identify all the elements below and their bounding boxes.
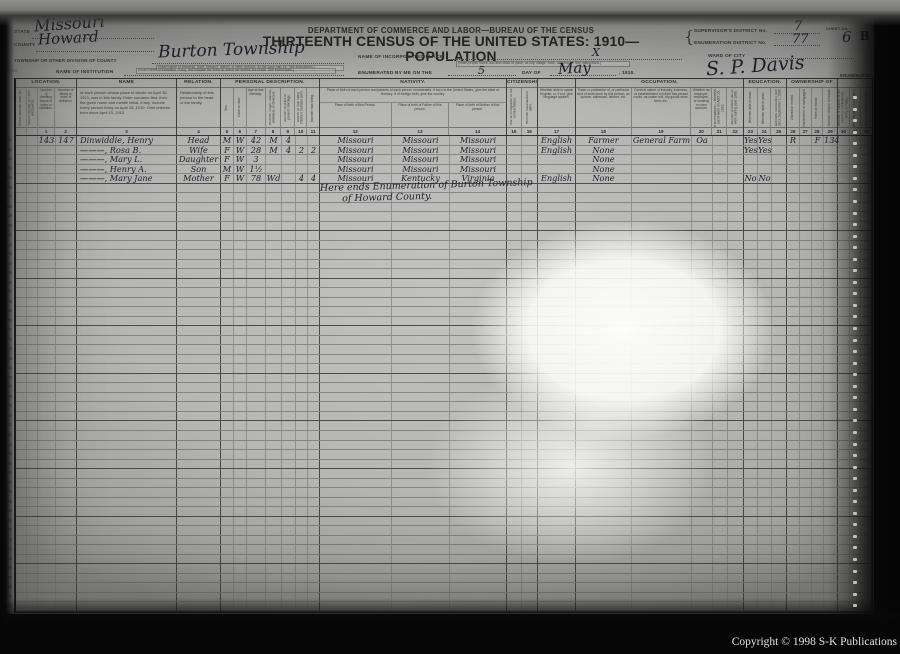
table-cell	[221, 212, 234, 221]
table-cell	[282, 231, 296, 240]
table-cell	[27, 574, 38, 583]
table-row	[16, 355, 872, 365]
table-cell	[758, 421, 772, 430]
table-cell	[221, 536, 234, 545]
table-cell	[282, 517, 296, 526]
table-cell	[392, 450, 450, 459]
table-cell: M	[221, 165, 234, 174]
table-cell	[861, 488, 872, 497]
table-cell	[266, 507, 282, 516]
table-cell	[507, 441, 522, 450]
table-cell	[38, 555, 56, 564]
line-number: 84	[5, 449, 13, 459]
column-label: Whether a survivor of the Union or Confe…	[838, 88, 849, 127]
table-cell	[266, 393, 282, 402]
line-number: 80	[5, 411, 13, 421]
table-cell	[538, 184, 576, 193]
table-cell	[824, 222, 838, 231]
table-cell	[221, 203, 234, 212]
table-row	[16, 402, 872, 412]
table-cell	[266, 250, 282, 259]
table-cell	[861, 460, 872, 469]
column-header: Farm or house.28	[812, 88, 824, 135]
table-cell	[320, 412, 392, 421]
table-cell	[838, 383, 850, 392]
column-number: 8	[266, 127, 281, 135]
table-cell	[576, 260, 632, 269]
table-cell	[787, 307, 800, 316]
incorporated-label: NAME OF INCORPORATED PLACE	[358, 55, 443, 60]
table-cell	[576, 345, 632, 354]
table-cell	[27, 279, 38, 288]
table-cell	[787, 345, 800, 354]
table-cell	[77, 421, 177, 430]
table-cell	[27, 231, 38, 240]
table-cell	[692, 222, 713, 231]
table-cell	[758, 269, 772, 278]
table-cell	[576, 193, 632, 202]
table-cell	[800, 317, 812, 326]
table-cell	[282, 260, 296, 269]
table-cell	[320, 355, 392, 364]
table-cell	[56, 288, 77, 297]
table-cell	[538, 498, 576, 507]
table-cell	[247, 193, 266, 202]
table-cell	[850, 364, 861, 373]
table-cell	[282, 498, 296, 507]
table-cell	[838, 146, 850, 155]
table-cell	[522, 212, 538, 221]
table-cell	[713, 412, 728, 421]
column-header: Sex.5	[221, 88, 234, 135]
table-cell	[538, 326, 576, 335]
table-cell	[787, 317, 800, 326]
table-cell: Missouri	[320, 146, 392, 155]
table-row	[16, 241, 872, 251]
table-cell	[221, 545, 234, 554]
column-group: EDUCATION.Whether able to read.23Whether…	[744, 79, 787, 135]
column-label: Trade or profession of, or particular ki…	[576, 88, 631, 127]
table-cell	[800, 402, 812, 411]
table-cell	[266, 345, 282, 354]
table-cell	[576, 479, 632, 488]
table-cell	[787, 574, 800, 583]
table-cell	[838, 460, 850, 469]
census-table: 5152535455565758596061626364656667686970…	[14, 78, 870, 611]
table-cell	[800, 574, 812, 583]
table-cell	[56, 393, 77, 402]
table-cell	[56, 326, 77, 335]
table-cell	[538, 364, 576, 373]
table-cell	[772, 288, 787, 297]
line-number: 82	[5, 430, 13, 440]
table-cell	[632, 441, 692, 450]
table-cell	[308, 364, 320, 373]
table-cell	[522, 421, 538, 430]
table-cell	[713, 193, 728, 202]
table-cell	[632, 507, 692, 516]
table-cell	[692, 602, 713, 611]
table-cell	[838, 212, 850, 221]
table-cell	[266, 536, 282, 545]
column-header: Whether able to write.24	[758, 88, 772, 135]
table-cell	[728, 184, 744, 193]
table-row	[16, 326, 872, 336]
column-label: General nature of industry, business, or…	[632, 88, 691, 127]
table-cell	[266, 555, 282, 564]
table-cell	[713, 374, 728, 383]
table-cell	[522, 517, 538, 526]
table-cell	[772, 355, 787, 364]
table-cell	[728, 402, 744, 411]
table-cell	[538, 545, 576, 554]
table-cell	[861, 222, 872, 231]
table-cell	[824, 260, 838, 269]
table-cell	[812, 146, 824, 155]
table-cell	[27, 545, 38, 554]
table-cell	[824, 155, 838, 164]
table-cell	[282, 212, 296, 221]
table-cell	[507, 536, 522, 545]
edge-dot	[853, 408, 857, 411]
table-cell	[632, 574, 692, 583]
table-cell	[177, 184, 221, 193]
column-number: 26	[787, 127, 799, 135]
table-cell	[507, 231, 522, 240]
table-cell	[247, 412, 266, 421]
table-cell	[838, 393, 850, 402]
table-cell	[744, 203, 758, 212]
table-cell	[296, 412, 308, 421]
table-cell	[728, 203, 744, 212]
edge-dot	[853, 454, 857, 457]
table-cell	[27, 402, 38, 411]
table-cell: Son	[177, 165, 221, 174]
table-cell	[282, 155, 296, 164]
table-cell	[56, 469, 77, 478]
table-cell	[800, 536, 812, 545]
table-cell	[234, 279, 247, 288]
column-header: Place of birth of Mother of this person.…	[449, 103, 506, 135]
table-cell	[177, 460, 221, 469]
table-cell	[772, 174, 787, 183]
table-cell	[296, 383, 308, 392]
table-cell	[758, 222, 772, 231]
table-cell	[450, 469, 507, 478]
line-number: 76	[5, 373, 13, 383]
table-cell	[744, 555, 758, 564]
table-cell	[538, 450, 576, 459]
column-number: 30	[838, 127, 849, 135]
table-cell	[838, 574, 850, 583]
table-cell	[522, 479, 538, 488]
table-cell	[221, 364, 234, 373]
table-cell	[576, 317, 632, 326]
table-cell	[576, 574, 632, 583]
table-cell	[56, 545, 77, 554]
table-cell	[247, 574, 266, 583]
table-cell	[56, 345, 77, 354]
table-cell	[221, 460, 234, 469]
table-cell	[282, 545, 296, 554]
table-cell	[392, 336, 450, 345]
table-cell	[296, 355, 308, 364]
table-cell	[772, 593, 787, 602]
table-cell	[838, 402, 850, 411]
table-cell	[713, 555, 728, 564]
table-cell	[692, 393, 713, 402]
table-cell	[177, 336, 221, 345]
table-cell	[27, 526, 38, 535]
table-row	[16, 574, 872, 584]
table-cell: W	[234, 136, 247, 145]
table-cell	[177, 317, 221, 326]
table-cell	[450, 383, 507, 392]
table-cell: Wife	[177, 146, 221, 155]
table-cell	[234, 469, 247, 478]
table-cell	[692, 317, 713, 326]
table-cell	[308, 336, 320, 345]
table-cell	[234, 421, 247, 430]
table-cell	[296, 203, 308, 212]
table-cell: Missouri	[450, 146, 507, 155]
table-cell	[772, 241, 787, 250]
table-cell	[320, 593, 392, 602]
table-cell	[16, 146, 27, 155]
edge-dot	[853, 362, 857, 365]
table-cell	[861, 479, 872, 488]
table-cell	[77, 479, 177, 488]
table-cell	[713, 545, 728, 554]
table-cell	[758, 583, 772, 592]
table-cell	[38, 431, 56, 440]
column-number: 12	[320, 127, 391, 135]
table-cell	[632, 184, 692, 193]
table-cell	[320, 269, 392, 278]
table-cell	[38, 545, 56, 554]
table-cell: No	[744, 174, 758, 183]
table-cell	[56, 593, 77, 602]
table-cell	[787, 593, 800, 602]
table-cell	[632, 488, 692, 497]
table-cell	[744, 507, 758, 516]
column-group-label: RELATION.	[177, 79, 220, 88]
table-row	[16, 250, 872, 260]
table-cell	[266, 431, 282, 440]
table-cell	[266, 593, 282, 602]
table-cell	[247, 507, 266, 516]
line-number: 53	[5, 154, 13, 164]
table-cell	[77, 231, 177, 240]
table-cell	[772, 374, 787, 383]
edge-dot	[853, 235, 857, 238]
table-cell	[728, 298, 744, 307]
table-cell	[234, 345, 247, 354]
edge-dot	[853, 466, 857, 469]
column-group: CITIZENSHIP.Year of immigration to the U…	[507, 79, 538, 135]
table-cell	[247, 279, 266, 288]
table-cell	[282, 507, 296, 516]
table-cell	[632, 536, 692, 545]
table-cell	[861, 393, 872, 402]
table-cell	[744, 402, 758, 411]
table-cell	[450, 441, 507, 450]
table-cell	[692, 498, 713, 507]
table-cell	[787, 421, 800, 430]
table-cell	[177, 241, 221, 250]
table-cell	[812, 364, 824, 373]
column-header: Year of immigration to the United States…	[507, 88, 522, 135]
table-cell	[221, 517, 234, 526]
table-cell	[800, 383, 812, 392]
table-cell	[758, 260, 772, 269]
table-cell	[177, 421, 221, 430]
table-cell	[824, 146, 838, 155]
table-cell	[234, 193, 247, 202]
table-cell	[861, 602, 872, 611]
table-cell	[392, 241, 450, 250]
table-cell	[56, 479, 77, 488]
table-cell	[27, 136, 38, 145]
table-cell	[56, 298, 77, 307]
table-cell	[812, 336, 824, 345]
table-cell	[221, 402, 234, 411]
table-cell	[27, 498, 38, 507]
table-cell	[713, 393, 728, 402]
table-cell	[16, 441, 27, 450]
table-cell	[576, 212, 632, 221]
table-cell	[507, 269, 522, 278]
table-cell	[824, 203, 838, 212]
table-cell	[728, 574, 744, 583]
table-cell	[177, 212, 221, 221]
table-cell	[538, 260, 576, 269]
table-cell	[538, 460, 576, 469]
table-cell	[308, 555, 320, 564]
table-cell	[538, 393, 576, 402]
table-cell	[450, 498, 507, 507]
table-cell: Yes	[744, 136, 758, 145]
table-cell	[16, 307, 27, 316]
table-cell	[812, 536, 824, 545]
table-cell	[728, 431, 744, 440]
table-cell	[77, 355, 177, 364]
table-cell	[296, 260, 308, 269]
column-number: 16	[522, 127, 537, 135]
table-cell	[772, 412, 787, 421]
table-cell	[861, 307, 872, 316]
table-cell	[824, 526, 838, 535]
table-cell	[507, 574, 522, 583]
table-cell	[744, 431, 758, 440]
table-cell	[632, 450, 692, 459]
table-cell	[282, 279, 296, 288]
table-cell	[282, 593, 296, 602]
table-cell	[282, 460, 296, 469]
table-cell	[27, 307, 38, 316]
table-cell: 147	[56, 136, 77, 145]
table-cell	[234, 602, 247, 611]
table-cell	[221, 564, 234, 573]
table-cell	[234, 222, 247, 231]
table-cell	[758, 355, 772, 364]
table-cell	[728, 507, 744, 516]
table-cell	[16, 526, 27, 535]
column-label: Farm or house.	[815, 88, 819, 127]
table-cell	[728, 479, 744, 488]
table-cell	[632, 212, 692, 221]
table-cell	[77, 307, 177, 316]
table-cell	[221, 574, 234, 583]
column-header: Whether an employer, employee, or workin…	[691, 88, 712, 135]
table-cell	[812, 307, 824, 316]
table-cell	[266, 212, 282, 221]
table-cell	[787, 507, 800, 516]
table-cell	[56, 269, 77, 278]
census-sheet: STATE Missouri COUNTY Howard TOWNSHIP OR…	[6, 13, 874, 614]
table-cell	[713, 421, 728, 430]
table-cell	[758, 460, 772, 469]
column-label: House number (in cities and towns).	[28, 88, 35, 127]
table-cell	[77, 326, 177, 335]
table-cell	[576, 536, 632, 545]
table-cell	[77, 241, 177, 250]
table-cell	[576, 203, 632, 212]
table-cell	[234, 250, 247, 259]
table-cell	[692, 383, 713, 392]
table-cell	[308, 460, 320, 469]
table-cell	[861, 250, 872, 259]
table-cell	[632, 364, 692, 373]
table-row	[16, 526, 872, 536]
table-cell	[538, 517, 576, 526]
table-cell	[713, 326, 728, 335]
table-row	[16, 212, 872, 222]
table-cell	[692, 184, 713, 193]
table-cell: 78	[247, 174, 266, 183]
table-cell	[38, 355, 56, 364]
table-cell	[234, 593, 247, 602]
table-cell	[282, 203, 296, 212]
table-cell	[320, 222, 392, 231]
table-cell	[692, 146, 713, 155]
table-cell	[266, 441, 282, 450]
table-cell	[812, 288, 824, 297]
column-number: 28	[812, 127, 823, 135]
table-cell	[713, 355, 728, 364]
table-cell	[538, 193, 576, 202]
table-cell	[392, 250, 450, 259]
table-cell	[812, 545, 824, 554]
table-cell	[812, 269, 824, 278]
table-cell	[728, 146, 744, 155]
table-cell	[800, 222, 812, 231]
table-cell	[812, 441, 824, 450]
table-cell	[392, 517, 450, 526]
table-cell	[221, 317, 234, 326]
table-cell	[812, 460, 824, 469]
table-cell	[713, 146, 728, 155]
table-cell	[758, 593, 772, 602]
table-cell	[392, 526, 450, 535]
table-cell	[16, 288, 27, 297]
table-cell	[861, 555, 872, 564]
table-cell	[56, 383, 77, 392]
table-cell	[392, 279, 450, 288]
table-cell	[266, 222, 282, 231]
table-cell	[538, 441, 576, 450]
table-cell	[177, 288, 221, 297]
